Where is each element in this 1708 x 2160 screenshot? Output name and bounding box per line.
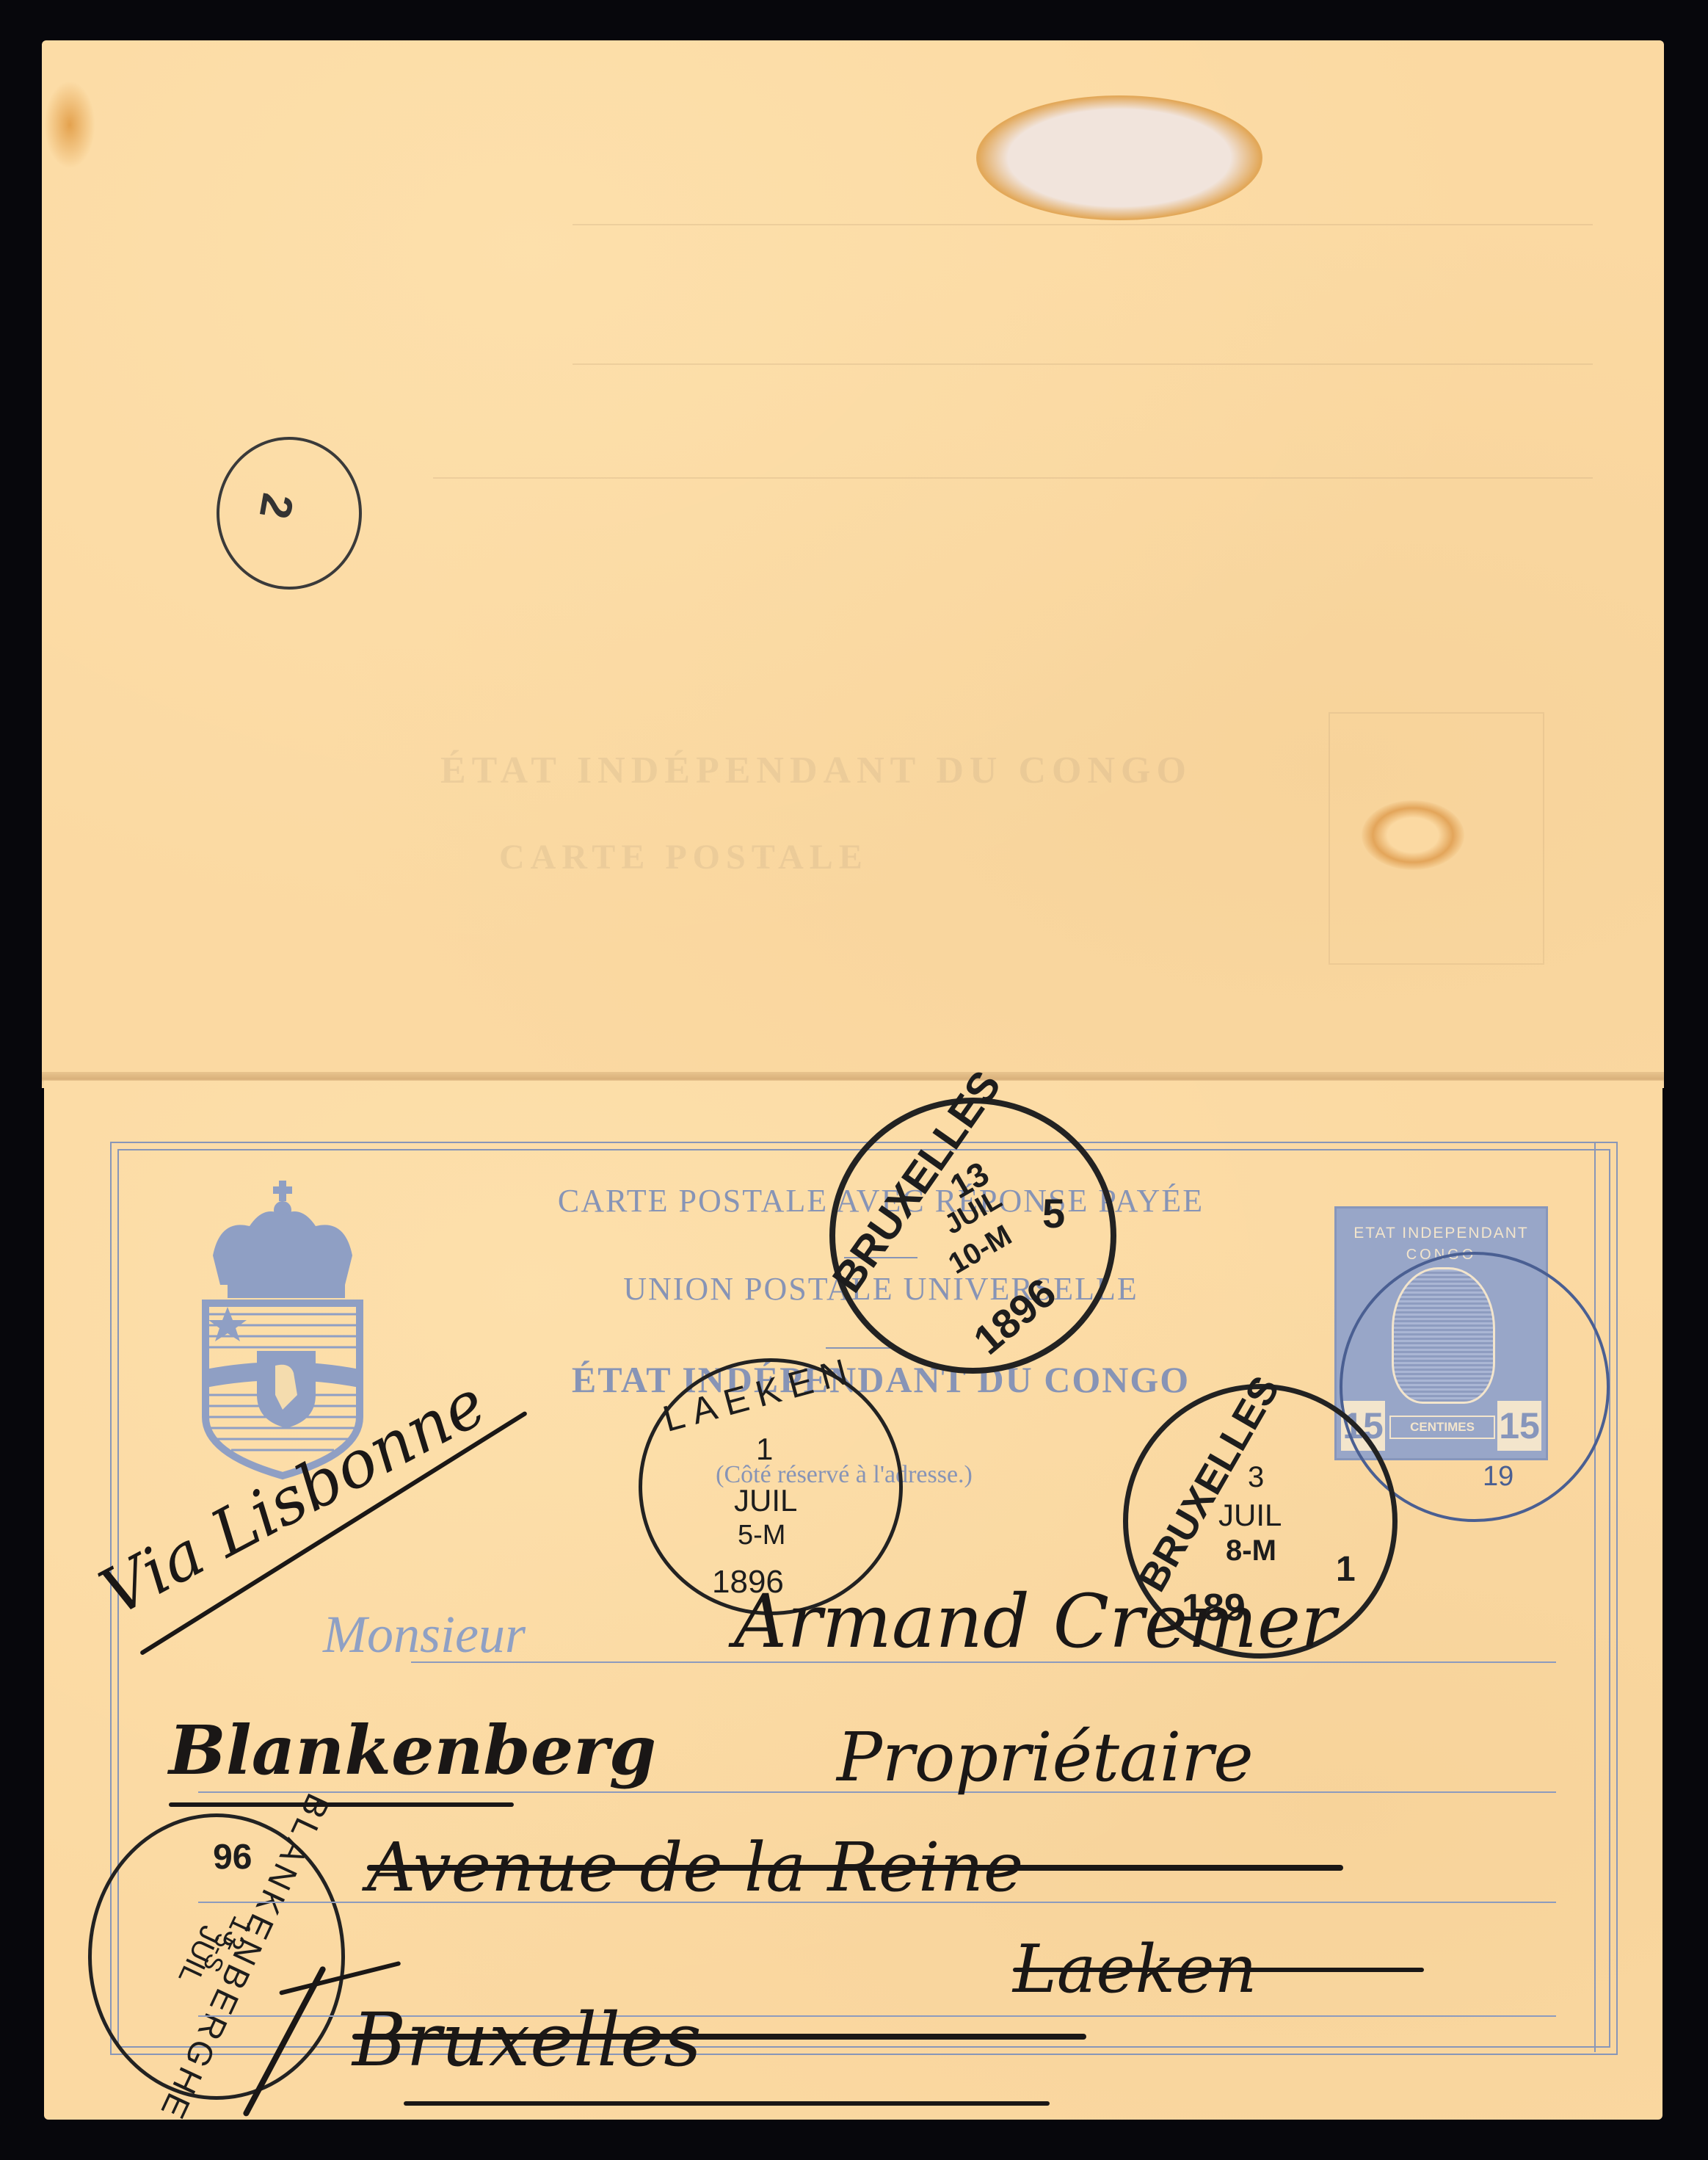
right-margin-rule	[1594, 1142, 1596, 2052]
postmark-office: 1	[1336, 1549, 1356, 1590]
handwritten-title: Propriétaire	[837, 1718, 1254, 1797]
ghost-print: ÉTAT INDÉPENDANT DU CONGO	[440, 749, 1192, 792]
strikethrough	[1013, 1968, 1424, 1972]
rust-stain	[44, 81, 95, 169]
handwritten-name: Armand Cremer	[734, 1579, 1336, 1664]
handwritten-city-struck: Bruxelles	[352, 1997, 702, 2083]
ghost-guide-line	[433, 477, 1593, 479]
ghost-guide-line	[573, 224, 1593, 225]
postmark-year: 96	[213, 1835, 252, 1876]
postmark-office: 5	[1042, 1189, 1065, 1237]
ghost-print: CARTE POSTALE	[499, 837, 868, 877]
ghost-guide-line	[573, 363, 1593, 365]
ghost-stamp-box	[1329, 712, 1544, 965]
handwritten-city-new: Blankenberg	[169, 1711, 656, 1790]
city-underline	[169, 1802, 514, 1807]
postmark-indicium-year: 19	[1483, 1461, 1513, 1493]
postmark-month: JUIL	[1218, 1498, 1282, 1533]
water-stain	[976, 95, 1262, 220]
indicium-header: ETAT INDEPENDANT	[1337, 1225, 1546, 1242]
postmark-month: JUIL	[734, 1483, 797, 1518]
strikethrough	[352, 2034, 1086, 2040]
postmark-day: 1	[756, 1432, 773, 1467]
printed-monsieur: Monsieur	[323, 1604, 526, 1665]
strikethrough	[367, 1865, 1343, 1871]
postmark-time: 8-M	[1226, 1534, 1276, 1568]
postmark-day: 3	[1248, 1461, 1264, 1494]
bottom-underline	[404, 2101, 1050, 2106]
postmark-time: 5-M	[738, 1520, 785, 1551]
